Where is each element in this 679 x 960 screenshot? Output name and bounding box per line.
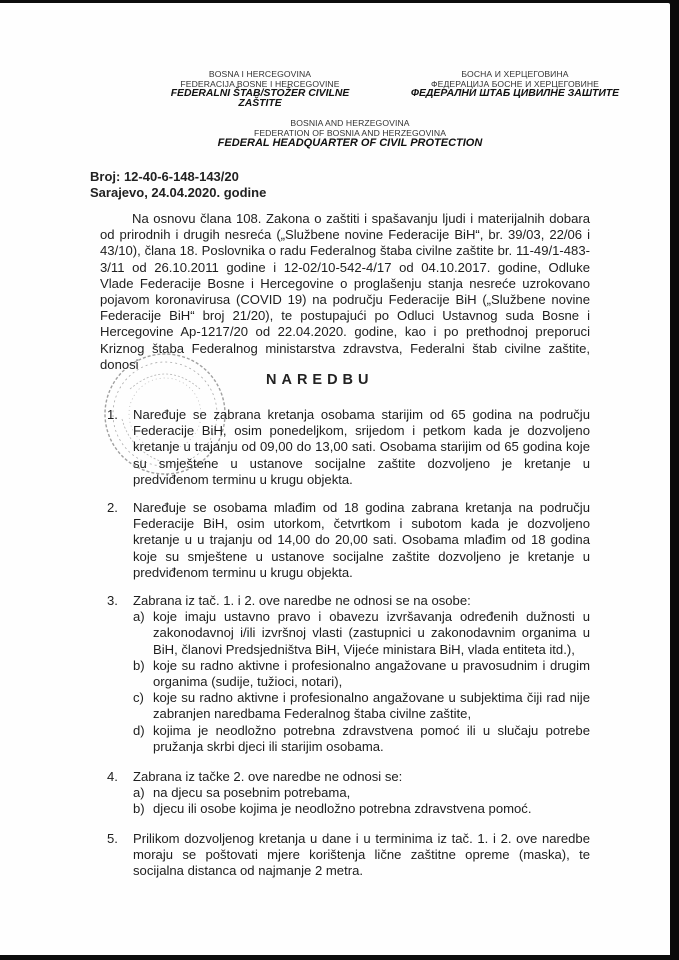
header-latin: BOSNA I HERCEGOVINA FEDERACIJA BOSNE I H… — [150, 69, 370, 109]
item-text: Naređuje se zabrana kretanja osobama sta… — [133, 407, 590, 488]
item-text: Zabrana iz tač. 1. i 2. ove naredbe ne o… — [133, 593, 590, 609]
subitem-letter: a) — [133, 785, 145, 801]
subitem: d) kojima je neodložno potrebna zdravstv… — [153, 723, 590, 755]
order-item-3: 3. Zabrana iz tač. 1. i 2. ove naredbe n… — [107, 593, 590, 755]
subitem-text: koje su radno aktivne i profesionalno an… — [153, 658, 590, 689]
subitem-letter: b) — [133, 658, 145, 674]
document-page: BOSNA I HERCEGOVINA FEDERACIJA BOSNE I H… — [0, 3, 670, 955]
subitem-text: kojima je neodložno potrebna zdravstvena… — [153, 723, 590, 754]
order-item-4: 4. Zabrana iz tačke 2. ove naredbe ne od… — [107, 769, 590, 818]
reference-number: Broj: 12-40-6-148-143/20 — [90, 169, 266, 185]
item-text: Zabrana iz tačke 2. ove naredbe ne odnos… — [133, 769, 590, 785]
subitem-letter: b) — [133, 801, 145, 817]
item-text: Naređuje se osobama mlađim od 18 godina … — [133, 500, 590, 581]
document-title: NAREDBU — [266, 372, 374, 388]
header-country: BOSNA I HERCEGOVINA — [150, 69, 370, 79]
order-item-2: 2. Naređuje se osobama mlađim od 18 godi… — [107, 500, 590, 581]
subitem-text: koje su radno aktivne i profesionalno an… — [153, 690, 590, 721]
subitem: a) koje imaju ustavno pravo i obavezu iz… — [153, 609, 590, 658]
header-institution-cyrillic: ФЕДЕРАЛНИ ШТАБ ЦИВИЛНЕ ЗАШТИТЕ — [400, 89, 630, 99]
subitem: c) koje su radno aktivne i profesionalno… — [153, 690, 590, 722]
scan-edge-shadow — [670, 0, 679, 960]
subitem: b) djecu ili osobe kojima je neodložno p… — [153, 801, 590, 817]
subitem-letter: c) — [133, 690, 144, 706]
item-text: Prilikom dozvoljenog kretanja u dane i u… — [133, 831, 590, 880]
item-number: 2. — [107, 500, 118, 516]
header-institution-english: FEDERAL HEADQUARTER OF CIVIL PROTECTION — [140, 138, 560, 148]
order-item-1: 1. Naređuje se zabrana kretanja osobama … — [107, 407, 590, 488]
subitem: a) na djecu sa posebnim potrebama, — [153, 785, 590, 801]
place-date: Sarajevo, 24.04.2020. godine — [90, 185, 266, 201]
header-country-english: BOSNIA AND HERZEGOVINA — [140, 118, 560, 128]
item-number: 3. — [107, 593, 118, 609]
subitem: b) koje su radno aktivne i profesionalno… — [153, 658, 590, 690]
item-number: 5. — [107, 831, 118, 847]
header-institution: FEDERALNI ŠTAB/STOŽER CIVILNE ZAŠTITE — [150, 89, 370, 109]
subitem-letter: d) — [133, 723, 145, 739]
preamble-paragraph: Na osnovu člana 108. Zakona o zaštiti i … — [100, 211, 590, 373]
subitem-text: djecu ili osobe kojima je neodložno potr… — [153, 801, 532, 816]
header-english: BOSNIA AND HERZEGOVINA FEDERATION OF BOS… — [140, 118, 560, 148]
item-number: 1. — [107, 407, 118, 423]
item-number: 4. — [107, 769, 118, 785]
document-reference: Broj: 12-40-6-148-143/20 Sarajevo, 24.04… — [90, 169, 266, 201]
subitem-text: koje imaju ustavno pravo i obavezu izvrš… — [153, 609, 590, 656]
header-cyrillic: БОСНА И ХЕРЦЕГОВИНА ФЕДЕРАЦИЈА БОСНЕ И Х… — [400, 69, 630, 99]
header-country-cyrillic: БОСНА И ХЕРЦЕГОВИНА — [400, 69, 630, 79]
subitem-letter: a) — [133, 609, 145, 625]
subitem-text: na djecu sa posebnim potrebama, — [153, 785, 350, 800]
order-item-5: 5. Prilikom dozvoljenog kretanja u dane … — [107, 831, 590, 880]
